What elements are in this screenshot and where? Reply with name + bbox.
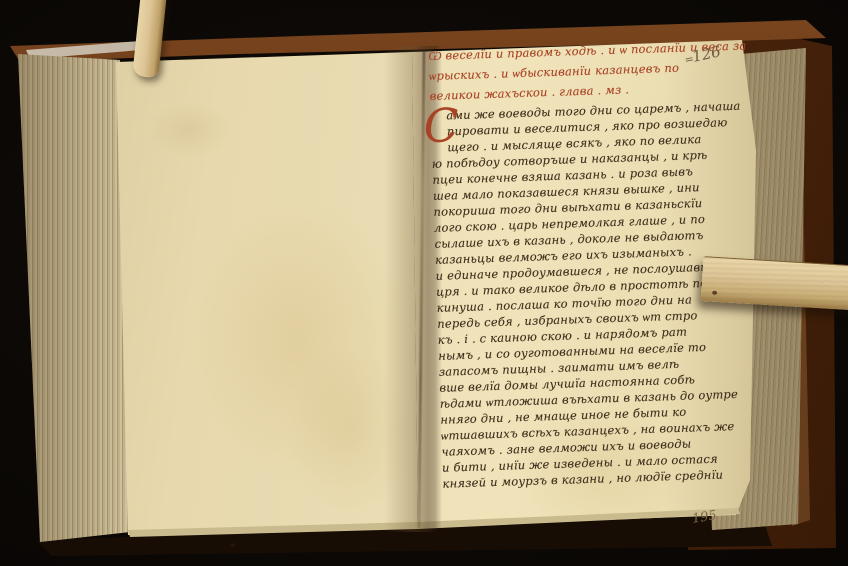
chapter-heading: Ѡ веселїи и правомъ ходѣ . и ѡ посланїи …	[428, 36, 730, 106]
wooden-ruler-right	[701, 256, 848, 310]
body-text: С ами же воеводы того дни со царемъ , на…	[430, 98, 743, 492]
manuscript-photo-scene: Ѡ веселїи и правомъ ходѣ . и ѡ посланїи …	[0, 0, 848, 566]
drop-cap-initial: С	[423, 102, 460, 149]
manuscript-text-block: Ѡ веселїи и правомъ ходѣ . и ѡ посланїи …	[428, 36, 743, 492]
page-corner-stain	[230, 543, 235, 547]
wood-knot-dot	[712, 291, 717, 295]
body-lines: ами же воеводы того дни со царемъ , нача…	[430, 98, 743, 492]
